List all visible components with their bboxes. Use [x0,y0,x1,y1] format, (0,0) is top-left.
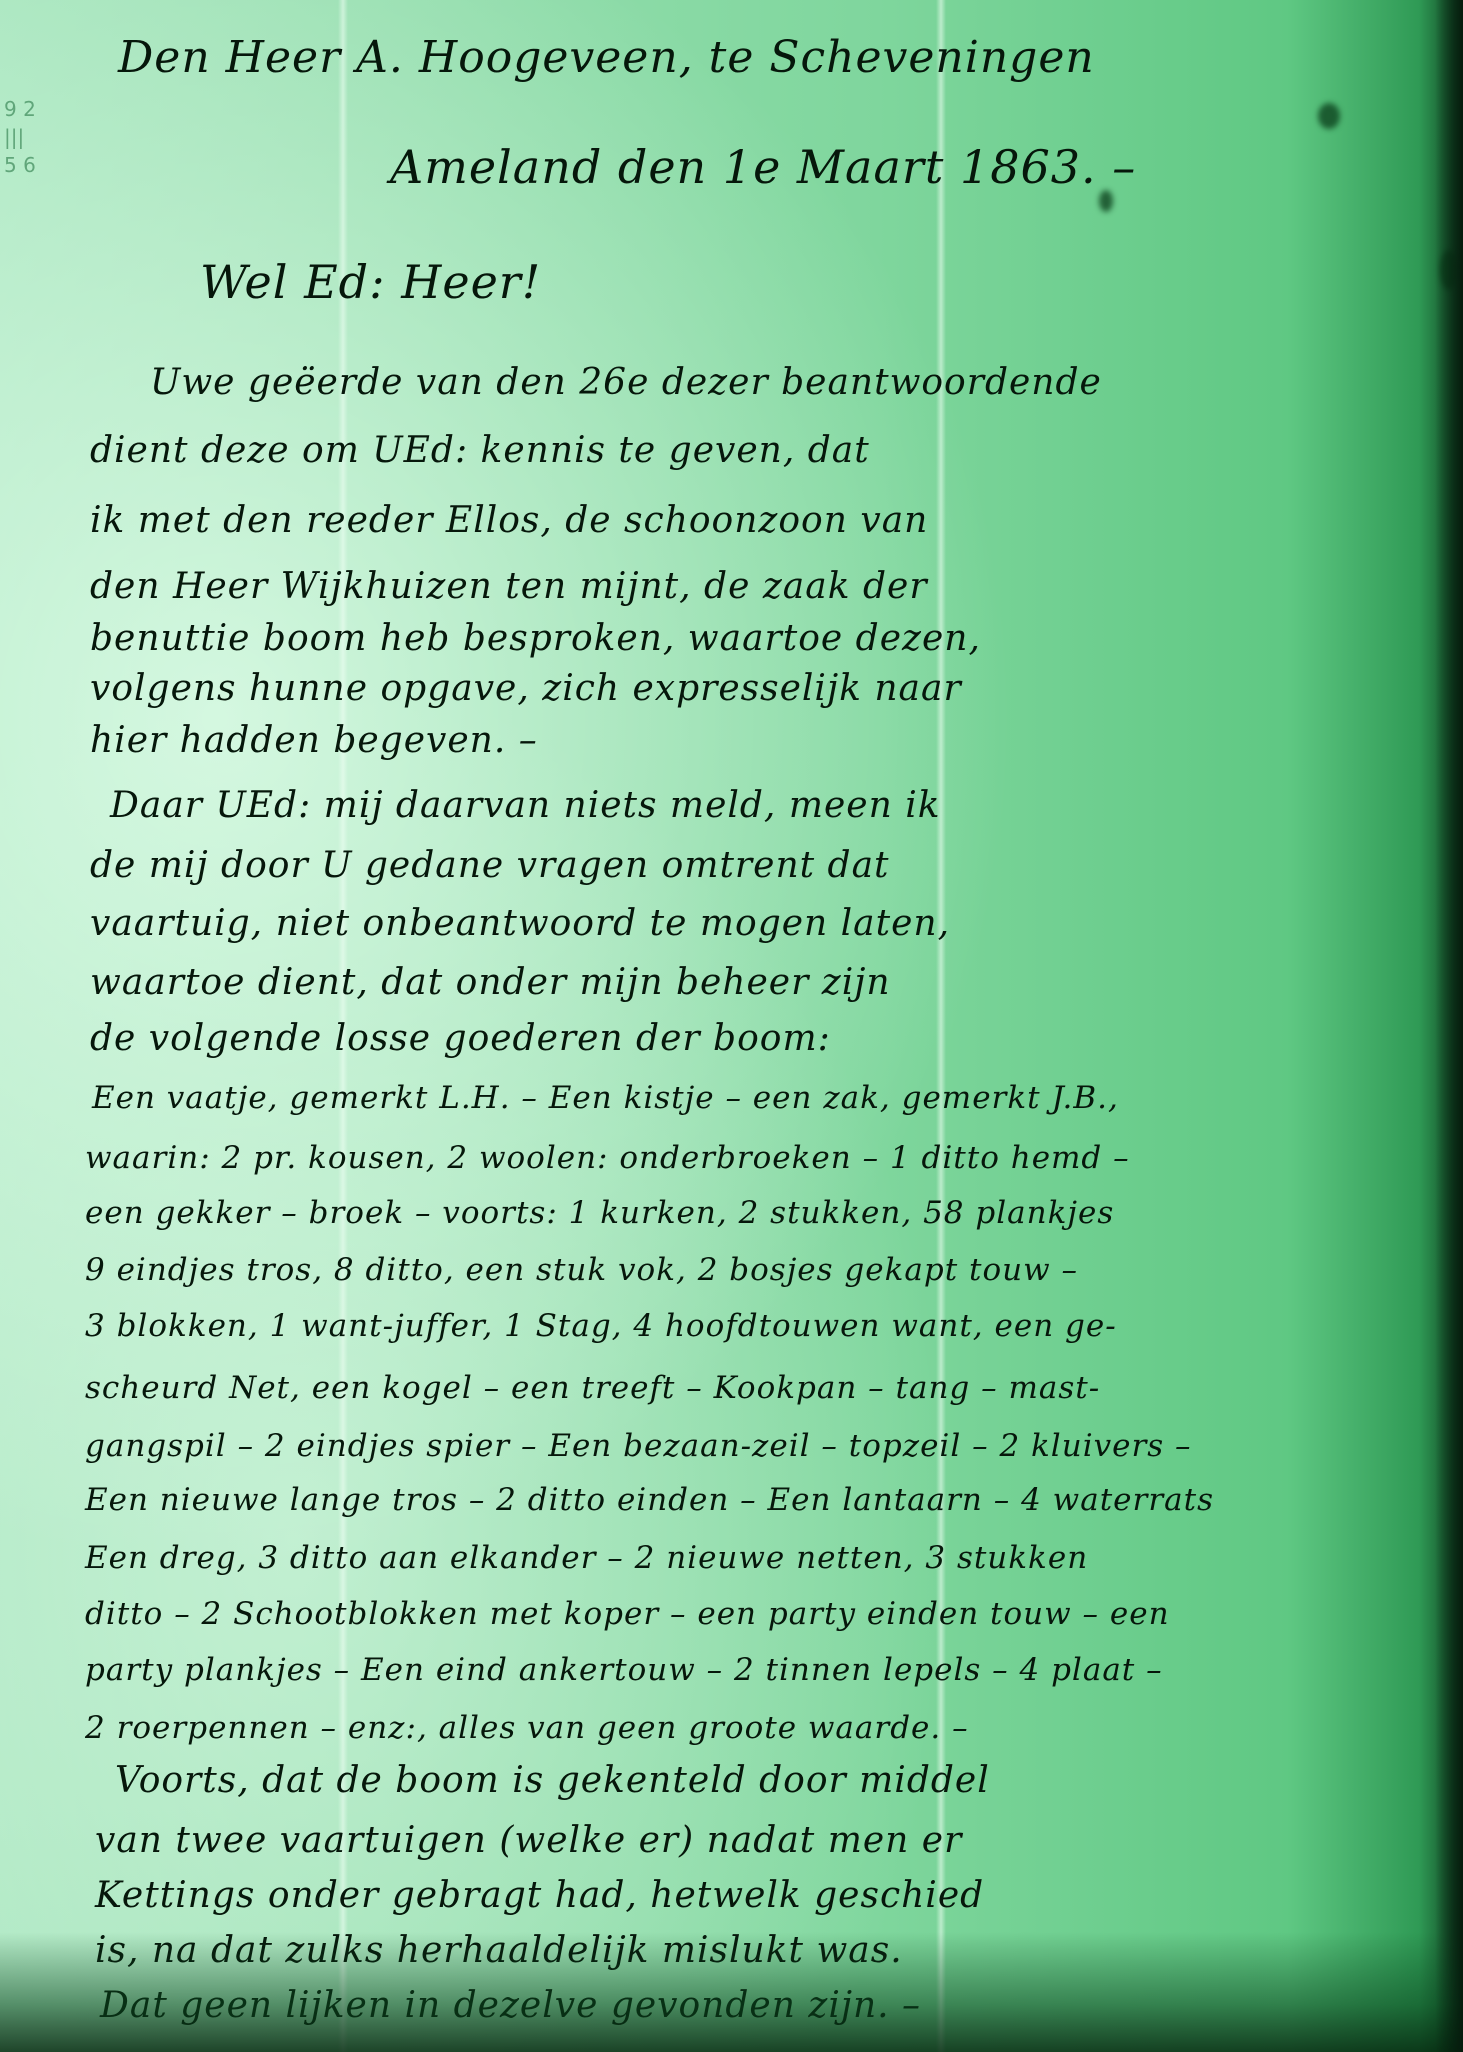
inventory-line: scheurd Net, een kogel – een treeft – Ko… [85,1370,1100,1406]
body-line: den Heer Wijkhuizen ten mijnt, de zaak d… [90,566,928,607]
body-line: hier hadden begeven. – [90,720,538,761]
ink-stain [1318,103,1340,129]
letter-page: 9 2|||5 6 Den Heer A. Hoogeveen, te Sche… [0,0,1463,2052]
body-line: benuttie boom heb besproken, waartoe dez… [90,618,981,659]
body-line: waartoe dient, dat onder mijn beheer zij… [90,962,891,1003]
margin-stamp: 9 2|||5 6 [4,95,46,185]
body-line: vaartuig, niet onbeantwoord te mogen lat… [90,903,950,944]
date-line: Ameland den 1e Maart 1863. – [390,140,1136,194]
inventory-line: Een dreg, 3 ditto aan elkander – 2 nieuw… [85,1540,1088,1576]
inventory-line: een gekker – broek – voorts: 1 kurken, 2… [85,1195,1114,1231]
body-line: volgens hunne opgave, zich expresselijk … [90,668,962,709]
address-line: Den Heer A. Hoogeveen, te Scheveningen [118,32,1095,83]
inventory-line: 9 eindjes tros, 8 ditto, een stuk vok, 2… [85,1252,1078,1288]
inventory-line: 2 roerpennen – enz:, alles van geen groo… [85,1710,969,1746]
inventory-line: party plankjes – Een eind ankertouw – 2 … [85,1652,1163,1688]
inventory-line: Een nieuwe lange tros – 2 ditto einden –… [85,1482,1214,1518]
body-line: van twee vaartuigen (welke er) nadat men… [95,1820,962,1861]
body-line: Daar UEd: mij daarvan niets meld, meen i… [110,785,941,826]
body-line: ik met den reeder Ellos, de schoonzoon v… [90,500,928,541]
body-line: Uwe geëerde van den 26e dezer beantwoord… [150,362,1102,403]
page-edge-shadow [1435,0,1463,2052]
inventory-line: Een vaatje, gemerkt L.H. – Een kistje – … [92,1080,1119,1116]
body-line: Kettings onder gebragt had, hetwelk gesc… [95,1875,984,1916]
inventory-line: gangspil – 2 eindjes spier – Een bezaan-… [85,1428,1192,1464]
body-line: de volgende losse goederen der boom: [90,1018,831,1059]
scan-shadow [0,1932,1463,2052]
body-line: Voorts, dat de boom is gekenteld door mi… [115,1760,990,1801]
body-line: dient deze om UEd: kennis te geven, dat [90,430,870,471]
inventory-line: waarin: 2 pr. kousen, 2 woolen: onderbro… [85,1140,1130,1176]
body-line: de mij door U gedane vragen omtrent dat [90,845,890,886]
inventory-line: 3 blokken, 1 want-juffer, 1 Stag, 4 hoof… [85,1308,1117,1344]
salutation: Wel Ed: Heer! [200,255,541,309]
inventory-line: ditto – 2 Schootblokken met koper – een … [85,1596,1170,1632]
